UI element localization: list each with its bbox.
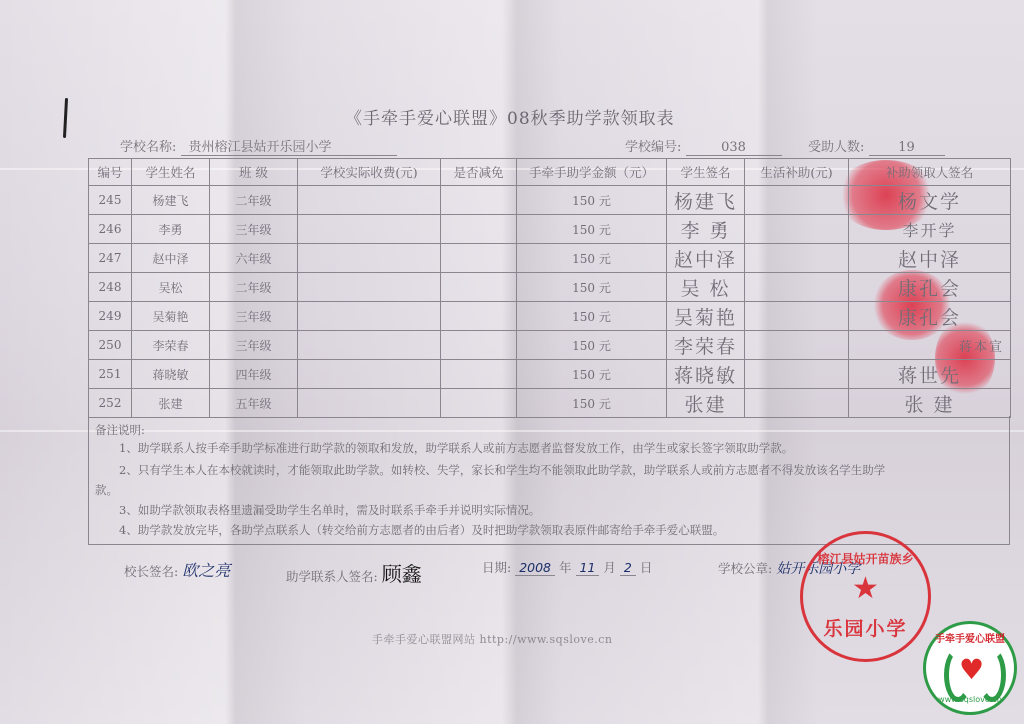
aid-receipt-table: 编号 学生姓名 班 级 学校实际收费(元) 是否减免 手牵手助学金额（元） 学生… xyxy=(88,158,1011,418)
cell-aid-amount: 150 元 xyxy=(517,215,667,244)
cell-school-fee xyxy=(298,215,441,244)
contact-signature: 顾鑫 xyxy=(382,562,422,586)
cell-aid-amount: 150 元 xyxy=(517,273,667,302)
cell-living-subsidy xyxy=(745,331,849,360)
note-item: 2、只有学生本人在本校就读时，才能领取此助学款。如转校、失学，家长和学生均不能领… xyxy=(119,462,885,478)
school-official-seal: 榕江县姑开苗族乡 ★ 乐园小学 xyxy=(800,531,931,662)
heart-icon: ♥ xyxy=(959,656,984,684)
footer-website: 手牵手爱心联盟网站 http://www.sqslove.cn xyxy=(372,631,612,647)
date-month-unit: 月 xyxy=(603,560,616,575)
date-field: 日期: 2008 年 11 月 2 日 xyxy=(482,558,652,576)
cell-student-signature: 李 勇 xyxy=(667,215,745,244)
cell-aid-amount: 150 元 xyxy=(517,360,667,389)
cell-id: 250 xyxy=(89,331,132,360)
school-code-value: 038 xyxy=(686,140,782,156)
school-code-label: 学校编号: xyxy=(625,140,681,155)
cell-id: 246 xyxy=(89,215,132,244)
cell-receiver-signature: 康孔会 xyxy=(849,302,1011,331)
cell-id: 245 xyxy=(89,186,132,215)
aided-count-value: 19 xyxy=(869,140,945,156)
cell-receiver-signature: 蒋世先 xyxy=(849,360,1011,389)
table-row: 247 赵中泽 六年级 150 元 赵中泽 赵中泽 xyxy=(89,244,1011,273)
cell-school-fee xyxy=(298,331,441,360)
table-row: 251 蒋晓敏 四年级 150 元 蒋晓敏 蒋世先 xyxy=(89,360,1011,389)
cell-id: 247 xyxy=(89,244,132,273)
cell-student-name: 蒋晓敏 xyxy=(132,360,210,389)
cell-waiver xyxy=(441,302,517,331)
cell-grade: 四年级 xyxy=(210,360,298,389)
col-header-receiver-signature: 补助领取人签名 xyxy=(849,159,1011,186)
cell-living-subsidy xyxy=(745,215,849,244)
sqslove-logo: 手牵手爱心联盟 ♥ www.sqslove.cn xyxy=(923,621,1017,715)
cell-id: 251 xyxy=(89,360,132,389)
cell-waiver xyxy=(441,244,517,273)
col-header-student-name: 学生姓名 xyxy=(132,159,210,186)
cell-school-fee xyxy=(298,244,441,273)
aided-count-label: 受助人数: xyxy=(808,140,864,155)
note-item-continuation: 款。 xyxy=(95,482,118,498)
seal-arc-text: 榕江县姑开苗族乡 xyxy=(803,550,928,567)
table-row: 249 吴菊艳 三年级 150 元 吴菊艳 康孔会 xyxy=(89,302,1011,331)
cell-grade: 五年级 xyxy=(210,389,298,418)
notes-section: 备注说明: 1、助学联系人按手牵手助学标准进行助学款的领取和发放，助学联系人或前… xyxy=(88,416,1010,545)
cell-waiver xyxy=(441,273,517,302)
contact-signature-field: 助学联系人签名: 顾鑫 xyxy=(286,558,422,587)
table-row: 248 吴松 二年级 150 元 吴 松 康孔会 xyxy=(89,273,1011,302)
principal-label: 校长签名: xyxy=(124,564,178,579)
cell-living-subsidy xyxy=(745,273,849,302)
cell-living-subsidy xyxy=(745,186,849,215)
col-header-id: 编号 xyxy=(89,159,132,186)
cell-school-fee xyxy=(298,360,441,389)
cell-school-fee xyxy=(298,273,441,302)
cell-waiver xyxy=(441,186,517,215)
cell-student-name: 李勇 xyxy=(132,215,210,244)
cell-student-signature: 吴菊艳 xyxy=(667,302,745,331)
cell-living-subsidy xyxy=(745,360,849,389)
cell-waiver xyxy=(441,215,517,244)
cell-school-fee xyxy=(298,302,441,331)
col-header-school-fee: 学校实际收费(元) xyxy=(298,159,441,186)
school-name-value: 贵州榕江县姑开乐园小学 xyxy=(181,136,397,156)
date-day: 2 xyxy=(620,560,636,576)
date-month: 11 xyxy=(576,560,600,576)
cell-student-signature: 张建 xyxy=(667,389,745,418)
col-header-living-subsidy: 生活补助(元) xyxy=(745,159,849,186)
cell-receiver-signature: 杨文学 xyxy=(849,186,1011,215)
cell-student-name: 张建 xyxy=(132,389,210,418)
col-header-aid-amount: 手牵手助学金额（元） xyxy=(517,159,667,186)
logo-url: www.sqslove.cn xyxy=(926,695,1014,704)
principal-signature: 欧之亮 xyxy=(182,561,230,580)
cell-receiver-signature: 蒋本宣 xyxy=(849,331,1011,360)
date-label: 日期: xyxy=(482,560,511,575)
cell-student-name: 吴松 xyxy=(132,273,210,302)
cell-grade: 二年级 xyxy=(210,273,298,302)
cell-id: 249 xyxy=(89,302,132,331)
table-header-row: 编号 学生姓名 班 级 学校实际收费(元) 是否减免 手牵手助学金额（元） 学生… xyxy=(89,159,1011,186)
document-title: 《手牵手爱心联盟》08秋季助学款领取表 xyxy=(345,104,675,129)
cell-receiver-signature: 康孔会 xyxy=(849,273,1011,302)
cell-school-fee xyxy=(298,186,441,215)
notes-heading: 备注说明: xyxy=(95,422,145,438)
cell-living-subsidy xyxy=(745,244,849,273)
cell-living-subsidy xyxy=(745,302,849,331)
cell-waiver xyxy=(441,389,517,418)
cell-student-signature: 李荣春 xyxy=(667,331,745,360)
col-header-student-signature: 学生签名 xyxy=(667,159,745,186)
cell-aid-amount: 150 元 xyxy=(517,389,667,418)
school-name-label: 学校名称: xyxy=(120,140,176,155)
table-row: 252 张建 五年级 150 元 张建 张 建 xyxy=(89,389,1011,418)
school-code-field: 学校编号: 038 xyxy=(625,136,782,156)
date-year-unit: 年 xyxy=(559,560,572,575)
cell-student-name: 吴菊艳 xyxy=(132,302,210,331)
note-item: 3、如助学款领取表格里遗漏受助学生名单时，需及时联系手牵手并说明实际情况。 xyxy=(119,502,540,518)
contact-label: 助学联系人签名: xyxy=(286,569,378,584)
cell-grade: 三年级 xyxy=(210,302,298,331)
date-year: 2008 xyxy=(515,560,555,576)
cell-grade: 六年级 xyxy=(210,244,298,273)
note-item: 1、助学联系人按手牵手助学标准进行助学款的领取和发放，助学联系人或前方志愿者监督… xyxy=(119,440,793,456)
col-header-grade: 班 级 xyxy=(210,159,298,186)
cell-student-signature: 吴 松 xyxy=(667,273,745,302)
cell-aid-amount: 150 元 xyxy=(517,302,667,331)
cell-receiver-signature: 赵中泽 xyxy=(849,244,1011,273)
cell-student-name: 李荣春 xyxy=(132,331,210,360)
aided-count-field: 受助人数: 19 xyxy=(808,136,945,156)
cell-student-signature: 杨建飞 xyxy=(667,186,745,215)
table-row: 250 李荣春 三年级 150 元 李荣春 蒋本宣 xyxy=(89,331,1011,360)
cell-grade: 三年级 xyxy=(210,331,298,360)
school-name-field: 学校名称: 贵州榕江县姑开乐园小学 xyxy=(120,136,397,156)
cell-waiver xyxy=(441,360,517,389)
cell-grade: 二年级 xyxy=(210,186,298,215)
principal-signature-field: 校长签名: 欧之亮 xyxy=(124,558,230,581)
cell-student-name: 杨建飞 xyxy=(132,186,210,215)
seal-label: 学校公章: xyxy=(718,561,772,576)
cell-living-subsidy xyxy=(745,389,849,418)
cell-waiver xyxy=(441,331,517,360)
date-day-unit: 日 xyxy=(640,560,653,575)
col-header-waiver: 是否减免 xyxy=(441,159,517,186)
cell-aid-amount: 150 元 xyxy=(517,244,667,273)
table-row: 245 杨建飞 二年级 150 元 杨建飞 杨文学 xyxy=(89,186,1011,215)
table-row: 246 李勇 三年级 150 元 李 勇 李开学 xyxy=(89,215,1011,244)
cell-student-signature: 蒋晓敏 xyxy=(667,360,745,389)
cell-student-name: 赵中泽 xyxy=(132,244,210,273)
logo-ring-text: 手牵手爱心联盟 xyxy=(926,630,1014,645)
cell-receiver-signature: 李开学 xyxy=(849,215,1011,244)
cell-receiver-signature: 张 建 xyxy=(849,389,1011,418)
cell-aid-amount: 150 元 xyxy=(517,331,667,360)
cell-school-fee xyxy=(298,389,441,418)
cell-grade: 三年级 xyxy=(210,215,298,244)
cell-student-signature: 赵中泽 xyxy=(667,244,745,273)
cell-id: 248 xyxy=(89,273,132,302)
cell-id: 252 xyxy=(89,389,132,418)
note-item: 4、助学款发放完毕，各助学点联系人（转交给前方志愿者的由后者）及时把助学款领取表… xyxy=(119,522,724,538)
seal-school-name: 乐园小学 xyxy=(803,614,928,641)
cell-aid-amount: 150 元 xyxy=(517,186,667,215)
seal-star-icon: ★ xyxy=(803,574,928,604)
